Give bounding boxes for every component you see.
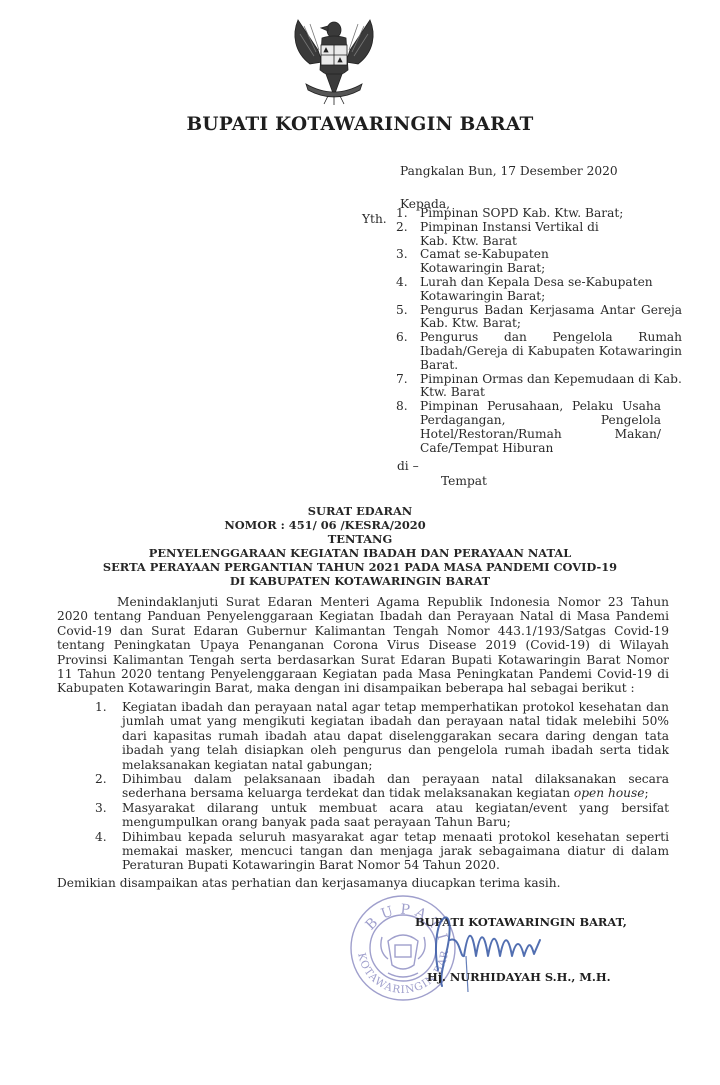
letterhead-title: BUPATI KOTAWARINGIN BARAT: [0, 114, 720, 135]
recipient-item: 8. Pimpinan Perusahaan, Pelaku Usaha Per…: [396, 400, 661, 455]
recipient-item: 4. Lurah dan Kepala Desa se-Kabupaten Ko…: [396, 276, 682, 304]
recipient-list: 1. Pimpinan SOPD Kab. Ktw. Barat; 2. Pim…: [396, 207, 682, 455]
letter-number: NOMOR : 451/ 06 /KESRA/2020: [0, 518, 720, 532]
recipient-item: 7. Pimpinan Ormas dan Kepemudaan di Kab.…: [396, 373, 682, 401]
place-date: Pangkalan Bun, 17 Desember 2020: [400, 164, 618, 178]
point-item: 3. Masyarakat dilarang untuk membuat aca…: [97, 801, 669, 830]
handwritten-signature-icon: [420, 910, 620, 1000]
points-list: 1. Kegiatan ibadah dan perayaan natal ag…: [97, 700, 669, 873]
letter-type: SURAT EDARAN: [0, 504, 720, 518]
letter-tentang: TENTANG: [0, 532, 720, 546]
subject-line: DI KABUPATEN KOTAWARINGIN BARAT: [0, 574, 720, 588]
intro-paragraph: Menindaklanjuti Surat Edaran Menteri Aga…: [57, 595, 669, 696]
addressee-di: di –: [397, 459, 419, 473]
closing-sentence: Demikian disampaikan atas perhatian dan …: [57, 876, 560, 890]
recipient-item: 3. Camat se-Kabupaten Kotawaringin Barat…: [396, 248, 596, 276]
addressee-yth: Yth.: [362, 212, 387, 226]
recipient-item: 1. Pimpinan SOPD Kab. Ktw. Barat;: [396, 207, 682, 221]
subject-line: PENYELENGGARAAN KEGIATAN IBADAH DAN PERA…: [0, 546, 720, 560]
recipient-item: 5. Pengurus Badan Kerjasama Antar Gereja…: [396, 304, 682, 332]
subject-line: SERTA PERAYAAN PERGANTIAN TAHUN 2021 PAD…: [0, 560, 720, 574]
addressee-tempat: Tempat: [441, 474, 487, 488]
point-item: 4. Dihimbau kepada seluruh masyarakat ag…: [97, 830, 669, 873]
recipient-item: 6. Pengurus dan Pengelola Rumah Ibadah/G…: [396, 331, 682, 372]
point-item: 2. Dihimbau dalam pelaksanaan ibadah dan…: [97, 772, 669, 801]
garuda-emblem-icon: [288, 12, 380, 106]
point-item: 1. Kegiatan ibadah dan perayaan natal ag…: [97, 700, 669, 772]
recipient-item: 2. Pimpinan Instansi Vertikal di Kab. Kt…: [396, 221, 616, 249]
signatory-name: Hj. NURHIDAYAH S.H., M.H.: [427, 970, 611, 984]
